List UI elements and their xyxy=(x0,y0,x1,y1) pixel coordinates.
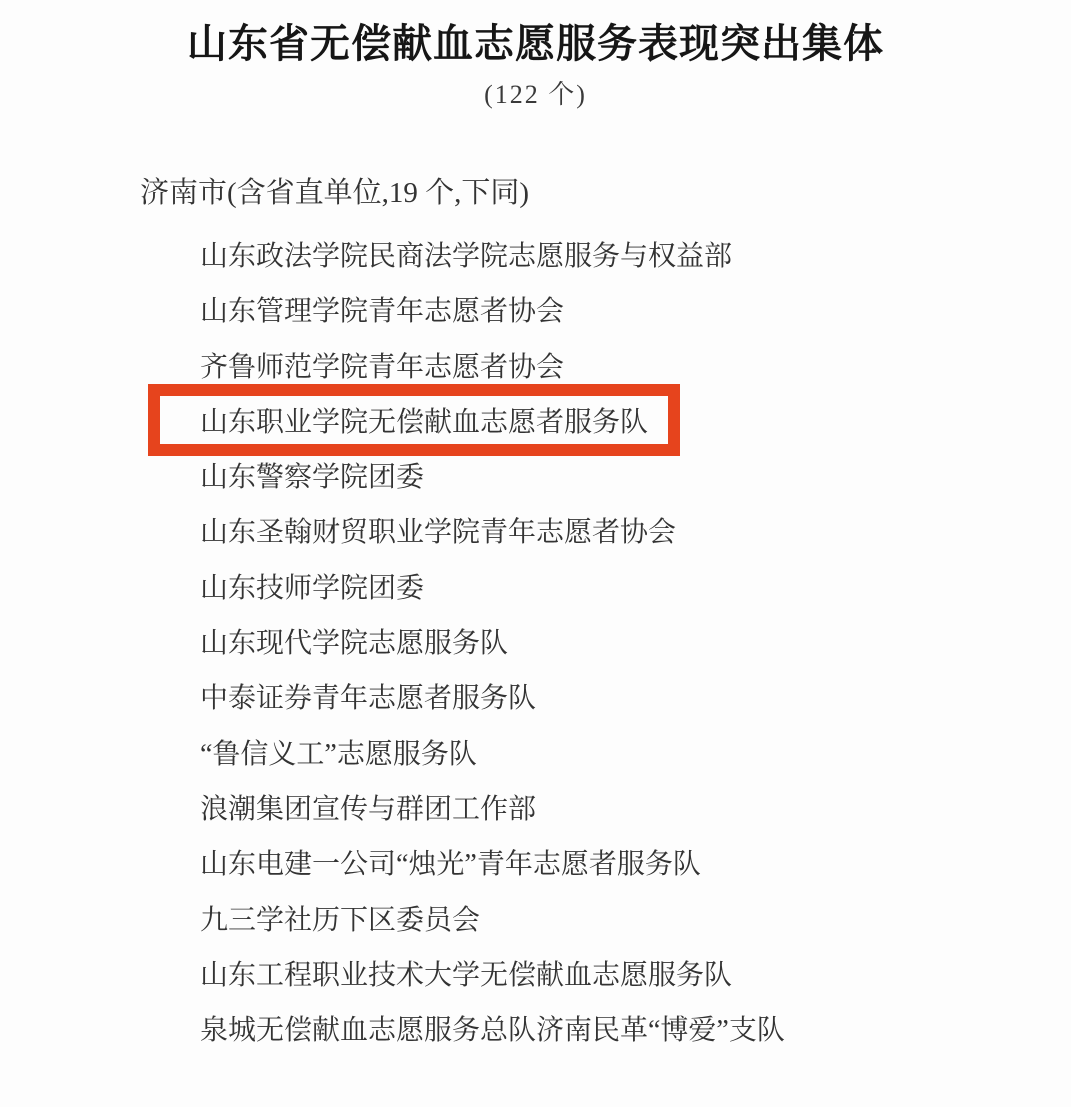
list-item: 九三学社历下区委员会 xyxy=(0,893,1071,948)
list-item: 山东圣翰财贸职业学院青年志愿者协会 xyxy=(0,505,1071,560)
organization-list: 山东政法学院民商法学院志愿服务与权益部 山东管理学院青年志愿者协会 齐鲁师范学院… xyxy=(0,229,1071,1058)
list-item: 山东政法学院民商法学院志愿服务与权益部 xyxy=(0,229,1071,284)
list-item: 山东管理学院青年志愿者协会 xyxy=(0,284,1071,339)
total-count-line: (122 个) xyxy=(0,74,1071,111)
list-item: 山东工程职业技术大学无偿献血志愿服务队 xyxy=(0,948,1071,1003)
list-item: 山东技师学院团委 xyxy=(0,561,1071,616)
page-title: 山东省无偿献血志愿服务表现突出集体 xyxy=(0,12,1071,69)
document-page: 山东省无偿献血志愿服务表现突出集体 (122 个) 济南市(含省直单位,19 个… xyxy=(0,0,1071,1107)
section-header-jinan: 济南市(含省直单位,19 个,下同) xyxy=(140,170,529,211)
list-item: 山东现代学院志愿服务队 xyxy=(0,616,1071,671)
list-item: 齐鲁师范学院青年志愿者协会 xyxy=(0,340,1071,395)
list-item: 浪潮集团宣传与群团工作部 xyxy=(0,782,1071,837)
list-item: 山东警察学院团委 xyxy=(0,450,1071,505)
list-item: 山东电建一公司“烛光”青年志愿者服务队 xyxy=(0,837,1071,892)
list-item: 泉城无偿献血志愿服务总队济南民革“博爱”支队 xyxy=(0,1003,1071,1058)
list-item-highlighted: 山东职业学院无偿献血志愿者服务队 xyxy=(0,395,1071,450)
list-item: “鲁信义工”志愿服务队 xyxy=(0,727,1071,782)
list-item: 中泰证券青年志愿者服务队 xyxy=(0,671,1071,726)
